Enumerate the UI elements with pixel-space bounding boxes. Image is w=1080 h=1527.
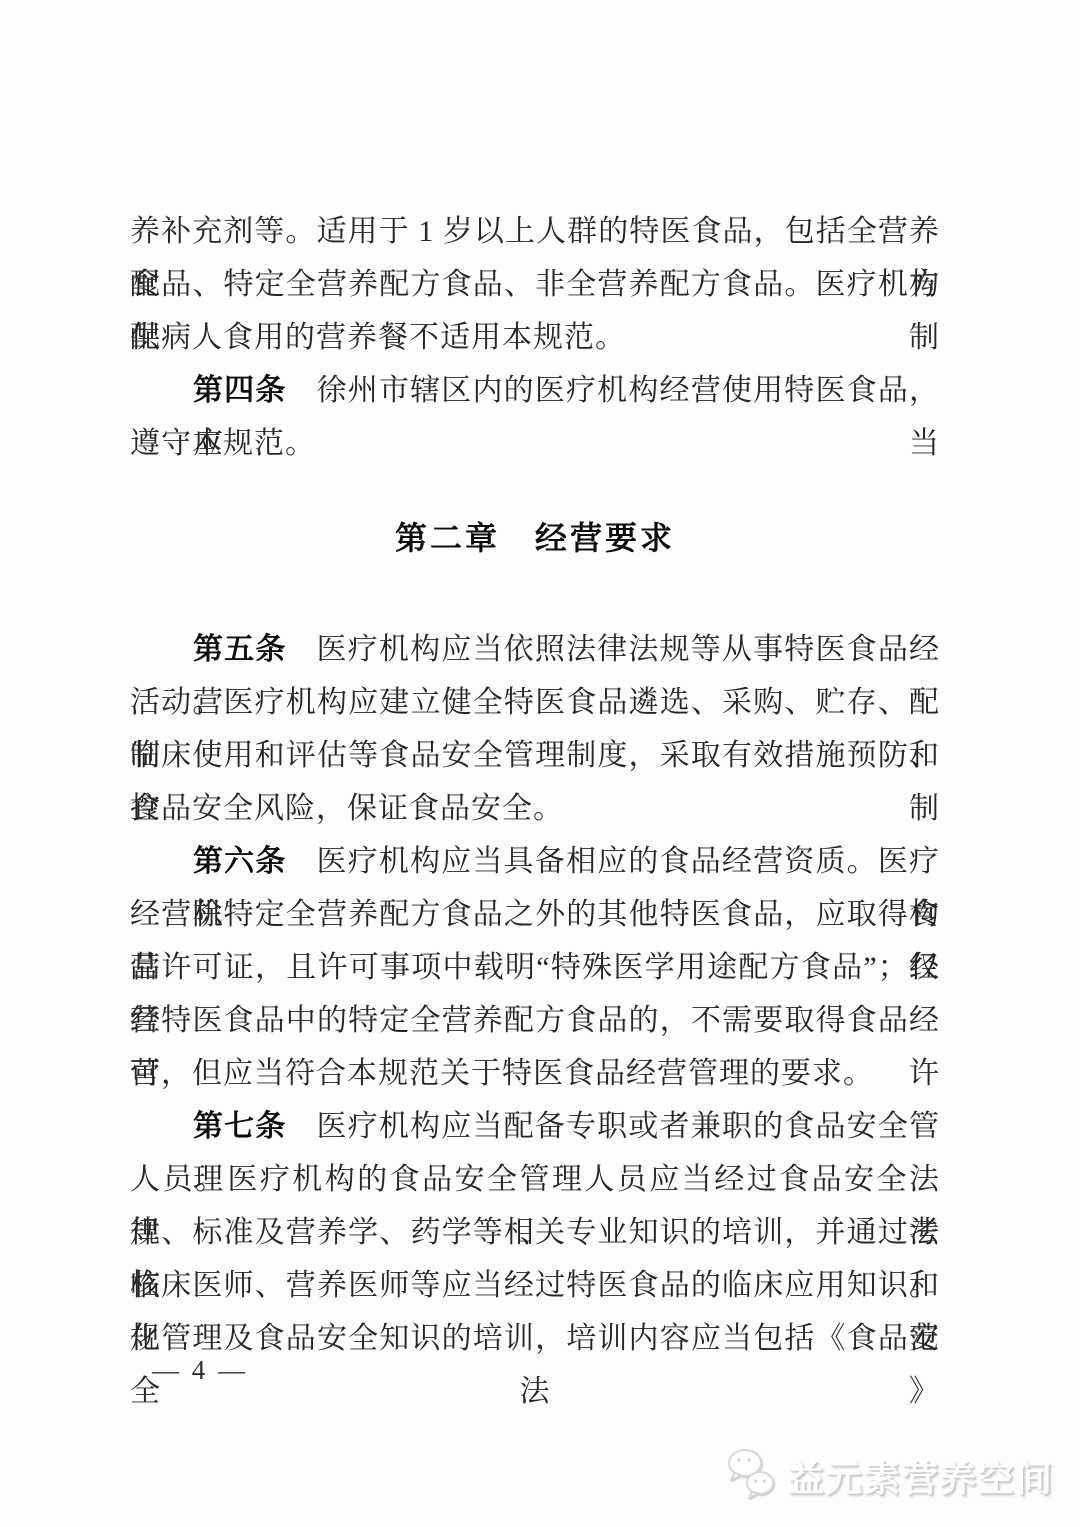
body-line: 临床医师、营养医师等应当经过特医食品的临床应用知识和规范 — [130, 1259, 940, 1312]
body-line: 经营除特定全营养配方食品之外的其他特医食品，应取得食品经 — [130, 888, 940, 941]
body-line: 第五条医疗机构应当依照法律法规等从事特医食品经营 — [130, 623, 940, 676]
document-page: 养补充剂等。适用于 1 岁以上人群的特医食品，包括全营养配方 食品、特定全营养配… — [0, 0, 1080, 1527]
body-line: 第四条徐州市辖区内的医疗机构经营使用特医食品，应当 — [130, 364, 940, 417]
watermark-text: 益元素营养空间 — [788, 1451, 1054, 1502]
body-line: 可，但应当符合本规范关于特医食品经营管理的要求。 — [130, 1047, 940, 1100]
body-line: 活动。医疗机构应建立健全特医食品遴选、采购、贮存、配制、 — [130, 676, 940, 729]
body-line: 临床使用和评估等食品安全管理制度，采取有效措施预防和控制 — [130, 729, 940, 782]
wechat-bubbles-icon — [724, 1446, 778, 1507]
article-number: 第五条 — [193, 633, 287, 666]
chapter-body: 第五条医疗机构应当依照法律法规等从事特医食品经营 活动。医疗机构应建立健全特医食… — [130, 623, 940, 1365]
article-number: 第七条 — [193, 1110, 287, 1143]
document-body: 养补充剂等。适用于 1 岁以上人群的特医食品，包括全营养配方 食品、特定全营养配… — [130, 205, 940, 1365]
body-line: 第七条医疗机构应当配备专职或者兼职的食品安全管理 — [130, 1100, 940, 1153]
page-number: — 4 — — [152, 1355, 248, 1386]
body-line: 营特医食品中的特定全营养配方食品的，不需要取得食品经营许 — [130, 994, 940, 1047]
article-number: 第四条 — [193, 374, 287, 407]
body-line: 化管理及食品安全知识的培训，培训内容应当包括《食品安全法》 — [130, 1312, 940, 1365]
chapter-heading: 第二章 经营要求 — [130, 512, 940, 565]
footer-watermark: 益元素营养空间 — [724, 1446, 1054, 1507]
body-line: 食品、特定全营养配方食品、非全营养配方食品。医疗机构配制 — [130, 258, 940, 311]
body-line: 营许可证，且许可事项中载明“特殊医学用途配方食品”；仅经 — [130, 941, 940, 994]
body-line: 人员。医疗机构的食品安全管理人员应当经过食品安全法律、法 — [130, 1153, 940, 1206]
body-line: 养补充剂等。适用于 1 岁以上人群的特医食品，包括全营养配方 — [130, 205, 940, 258]
body-line: 第六条医疗机构应当具备相应的食品经营资质。医疗机构 — [130, 835, 940, 888]
body-line: 规、标准及营养学、药学等相关专业知识的培训，并通过考核。 — [130, 1206, 940, 1259]
article-number: 第六条 — [193, 845, 287, 878]
